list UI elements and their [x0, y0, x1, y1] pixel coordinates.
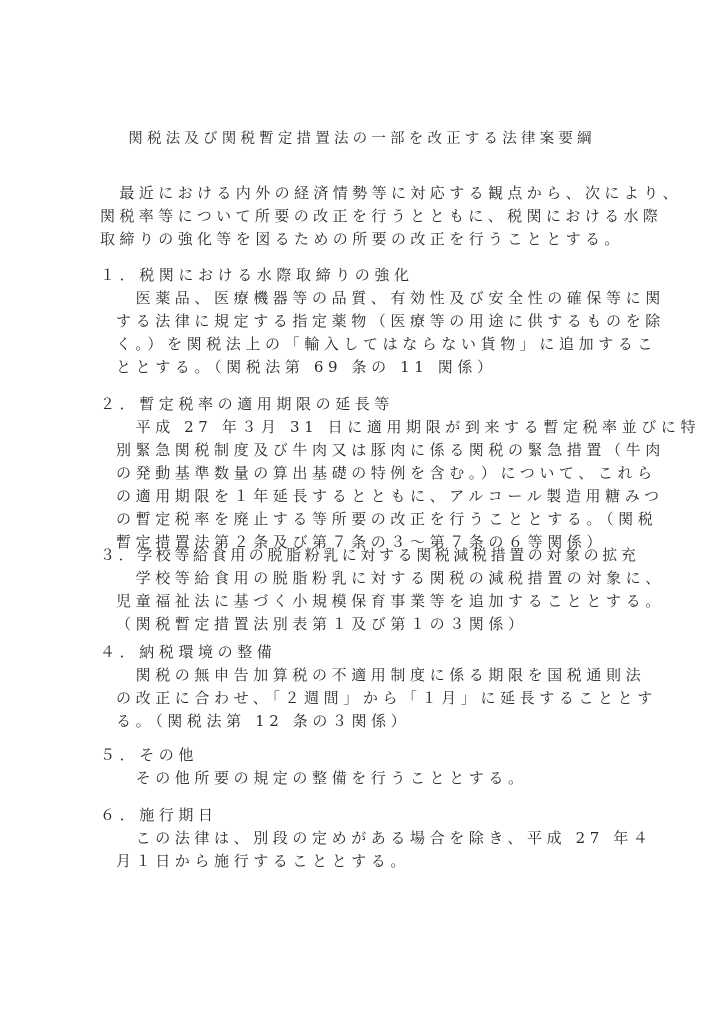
section-body-line: く。）を関税法上の「輸入してはならない貨物」に追加するこ: [116, 333, 657, 355]
section-body-line: の改正に合わせ、「２週間」から「１月」に延長することとす: [116, 687, 657, 709]
section-body-line: 関税の無申告加算税の不適用制度に係る期限を国税通則法: [116, 664, 645, 686]
section-heading: ６．施行期日: [100, 804, 218, 826]
intro-line: 関税率等について所要の改正を行うとともに、税関における水際: [100, 205, 662, 227]
intro-line: 取締りの強化等を図るための所要の改正を行うこととする。: [100, 228, 624, 250]
section-body-line: る。（関税法第 12 条の３関係）: [116, 710, 410, 732]
document-title: 関税法及び関税暫定措置法の一部を改正する法律案要綱: [0, 127, 724, 148]
section-body-line: この法律は、別段の定めがある場合を除き、平成 27 年４: [116, 827, 652, 849]
section-body-line: 学校等給食用の脱脂粉乳に対する関税の減税措置の対象に、: [116, 567, 665, 589]
section-body-line: の適用期限を１年延長するとともに、アルコール製造用糖みつ: [116, 485, 664, 507]
section-body-line: その他所要の規定の整備を行うこととする。: [116, 767, 528, 789]
section-body-line: 月１日から施行することとする。: [116, 850, 410, 872]
section-heading: ５．その他: [100, 744, 198, 766]
section-body-line: 児童福祉法に基づく小規模保育事業等を追加することとする。: [116, 590, 665, 612]
section-body-line: 別緊急関税制度及び牛肉又は豚肉に係る関税の緊急措置（牛肉: [116, 439, 665, 461]
section-body-line: ととする。（関税法第 69 条の 11 関係）: [116, 356, 497, 378]
section-body-line: （関税暫定措置法別表第１及び第１の３関係）: [116, 613, 528, 635]
section-body-line: の発動基準数量の算出基礎の特例を含む。）について、これら: [116, 462, 657, 484]
section-body-line: 平成 27 年３月 31 日に適用期限が到来する暫定税率並びに特: [116, 416, 700, 438]
section-heading: ４．納税環境の整備: [100, 641, 276, 663]
section-heading: １．税関における水際取締りの強化: [100, 264, 414, 286]
section-heading: ３．学校等給食用の脱脂粉乳に対する関税減税措置の対象の拡充: [100, 544, 639, 566]
section-body-line: 医薬品、医療機器等の品質、有効性及び安全性の確保等に関: [116, 287, 665, 309]
section-body-line: の暫定税率を廃止する等所要の改正を行うこととする。（関税: [116, 508, 657, 530]
section-heading: ２．暫定税率の適用期限の延長等: [100, 393, 394, 415]
intro-line: 最近における内外の経済情勢等に対応する観点から、次により、: [100, 182, 682, 204]
section-body-line: する法律に規定する指定薬物（医療等の用途に供するものを除: [116, 310, 665, 332]
